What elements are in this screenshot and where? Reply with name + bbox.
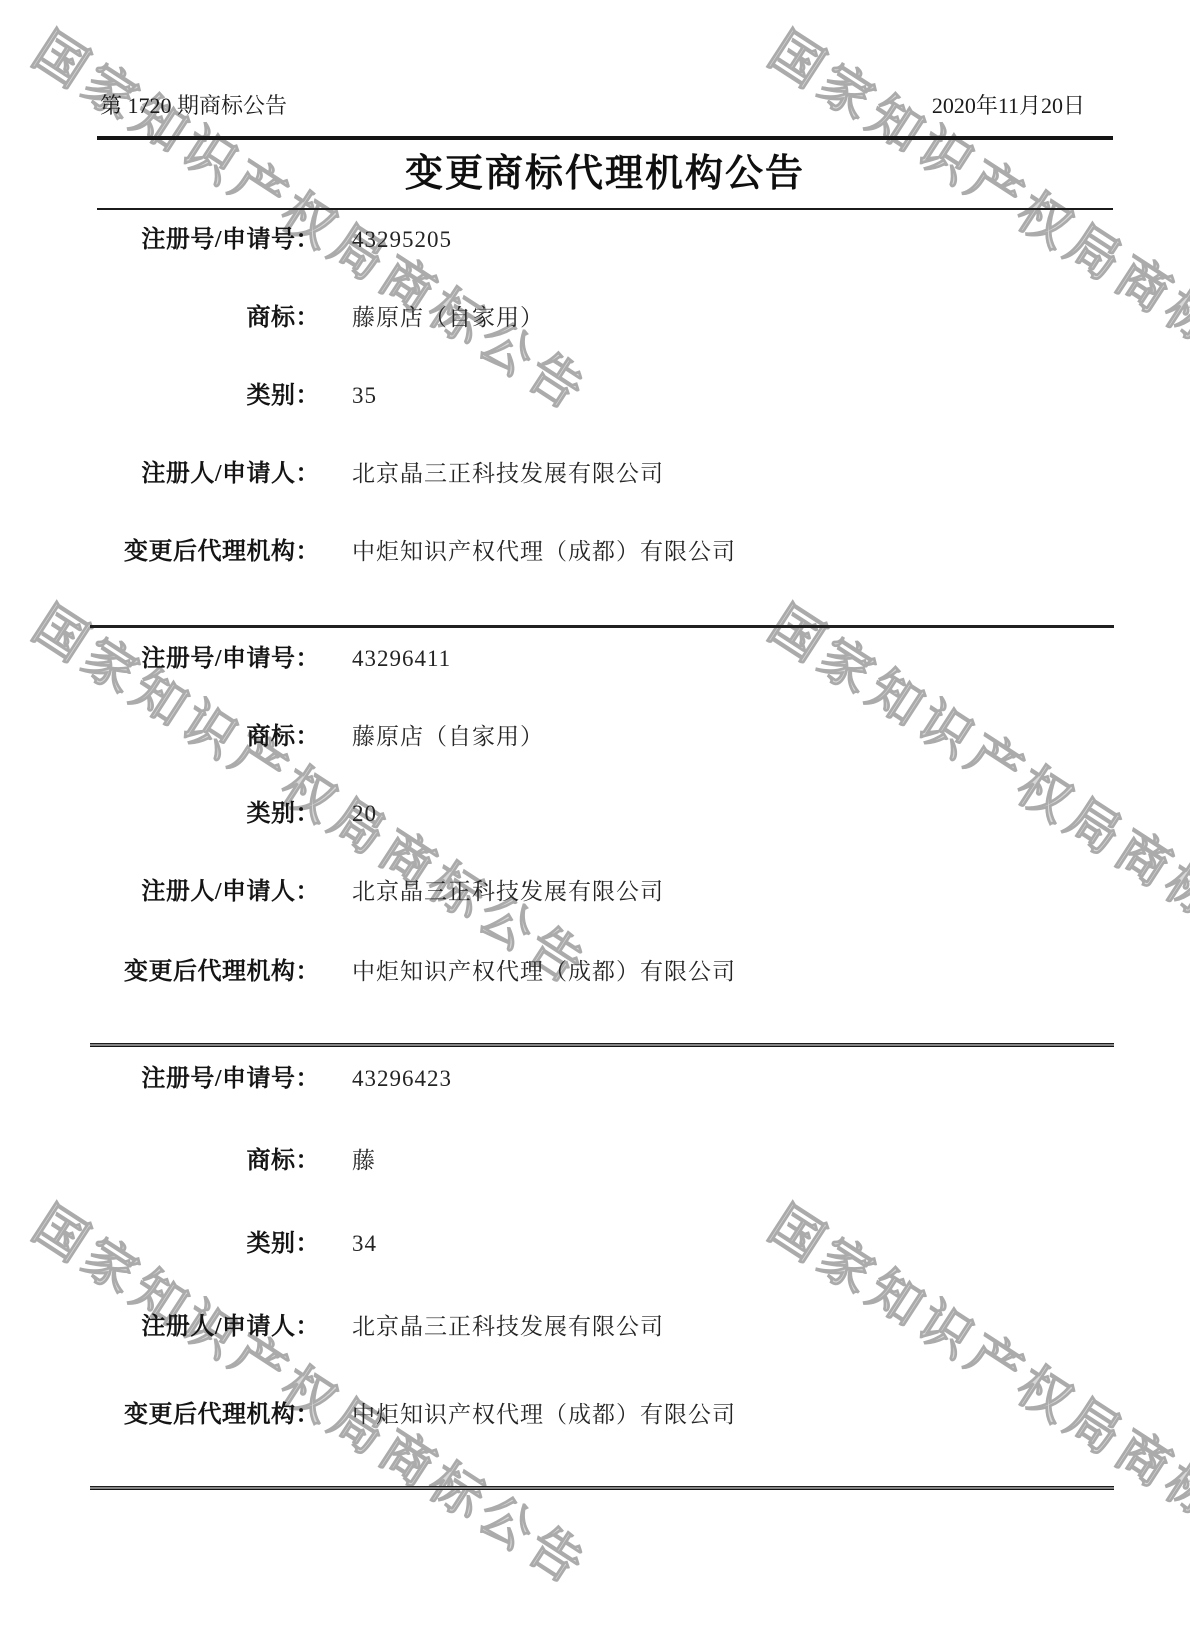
field-row: 类别： 20 [0, 799, 1190, 831]
field-label: 类别： [100, 799, 320, 829]
field-label: 商标： [100, 303, 320, 333]
field-value: 藤 [352, 1146, 1092, 1176]
record-divider-1 [90, 625, 1114, 628]
field-value: 北京晶三正科技发展有限公司 [352, 459, 1092, 489]
issue-date: 2020年11月20日 [932, 92, 1085, 120]
field-value: 北京晶三正科技发展有限公司 [352, 1312, 1092, 1342]
field-label: 类别： [100, 381, 320, 411]
field-row: 变更后代理机构： 中炬知识产权代理（成都）有限公司 [0, 957, 1190, 989]
field-row: 商标： 藤原店（自家用） [0, 303, 1190, 335]
field-row: 变更后代理机构： 中炬知识产权代理（成都）有限公司 [0, 537, 1190, 569]
field-label: 变更后代理机构： [100, 537, 320, 567]
field-value: 北京晶三正科技发展有限公司 [352, 877, 1092, 907]
field-label: 类别： [100, 1229, 320, 1259]
field-row: 类别： 34 [0, 1229, 1190, 1261]
field-value: 中炬知识产权代理（成都）有限公司 [352, 1400, 1092, 1430]
field-row: 变更后代理机构： 中炬知识产权代理（成都）有限公司 [0, 1400, 1190, 1432]
issue-label: 第 1720 期商标公告 [100, 92, 287, 120]
page-content: 第 1720 期商标公告 2020年11月20日 变更商标代理机构公告 注册号/… [0, 0, 1190, 1636]
field-label: 变更后代理机构： [100, 1400, 320, 1430]
field-row: 注册号/申请号： 43295205 [0, 225, 1190, 257]
header-rule [97, 136, 1113, 140]
field-value: 43296423 [352, 1064, 1092, 1094]
field-label: 注册号/申请号： [100, 1064, 320, 1094]
record-divider-3 [90, 1486, 1114, 1490]
field-value: 中炬知识产权代理（成都）有限公司 [352, 957, 1092, 987]
field-row: 注册号/申请号： 43296411 [0, 644, 1190, 676]
field-row: 商标： 藤 [0, 1146, 1190, 1178]
field-label: 商标： [100, 1146, 320, 1176]
field-label: 注册号/申请号： [100, 225, 320, 255]
field-label: 注册人/申请人： [100, 459, 320, 489]
record-divider-2 [90, 1043, 1114, 1047]
page-title: 变更商标代理机构公告 [97, 150, 1113, 198]
announcement-page: 国家知识产权局商标公告 国家知识产权局商标公告 国家知识产权局商标公告 国家知识… [0, 0, 1190, 1636]
field-value: 藤原店（自家用） [352, 722, 1092, 752]
field-value: 中炬知识产权代理（成都）有限公司 [352, 537, 1092, 567]
field-row: 注册人/申请人： 北京晶三正科技发展有限公司 [0, 877, 1190, 909]
field-value: 34 [352, 1229, 1092, 1259]
field-row: 商标： 藤原店（自家用） [0, 722, 1190, 754]
field-value: 35 [352, 381, 1092, 411]
field-label: 注册号/申请号： [100, 644, 320, 674]
field-value: 43296411 [352, 644, 1092, 674]
field-label: 变更后代理机构： [100, 957, 320, 987]
field-value: 20 [352, 799, 1092, 829]
field-row: 注册号/申请号： 43296423 [0, 1064, 1190, 1096]
field-label: 注册人/申请人： [100, 877, 320, 907]
title-rule [97, 208, 1113, 210]
field-value: 藤原店（自家用） [352, 303, 1092, 333]
field-value: 43295205 [352, 225, 1092, 255]
field-row: 类别： 35 [0, 381, 1190, 413]
field-label: 商标： [100, 722, 320, 752]
field-row: 注册人/申请人： 北京晶三正科技发展有限公司 [0, 1312, 1190, 1344]
field-label: 注册人/申请人： [100, 1312, 320, 1342]
field-row: 注册人/申请人： 北京晶三正科技发展有限公司 [0, 459, 1190, 491]
